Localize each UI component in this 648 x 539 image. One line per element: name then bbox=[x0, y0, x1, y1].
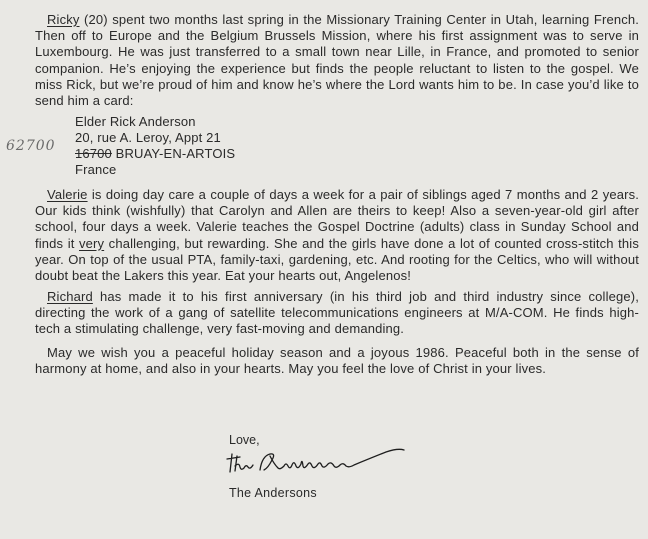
paragraph-valerie: Valerie is doing day care a couple of da… bbox=[35, 187, 639, 284]
address-city: BRUAY-EN-ARTOIS bbox=[112, 146, 235, 161]
address-line-1: Elder Rick Anderson bbox=[75, 114, 235, 130]
handwritten-signature-icon bbox=[226, 446, 416, 476]
signed-name: The Andersons bbox=[229, 486, 317, 500]
name-ricky: Ricky bbox=[47, 12, 80, 27]
letter-page: Ricky (20) spent two months last spring … bbox=[0, 0, 648, 539]
paragraph-richard: Richard has made it to his first anniver… bbox=[35, 289, 639, 338]
name-valerie: Valerie bbox=[47, 187, 88, 202]
struck-postal-code: 16700 bbox=[75, 146, 112, 161]
address-line-3: 16700 BRUAY-EN-ARTOIS bbox=[75, 146, 235, 162]
paragraph-ricky: Ricky (20) spent two months last spring … bbox=[35, 12, 639, 109]
richard-text: has made it to his first anniversary (in… bbox=[35, 289, 639, 336]
emphasis-very: very bbox=[79, 236, 104, 251]
closing-text: May we wish you a peaceful holiday seaso… bbox=[35, 345, 639, 376]
mailing-address: Elder Rick Anderson 20, rue A. Leroy, Ap… bbox=[75, 114, 235, 178]
ricky-text: (20) spent two months last spring in the… bbox=[35, 12, 639, 108]
valerie-text-2: challenging, but rewarding. She and the … bbox=[35, 236, 639, 283]
address-line-2: 20, rue A. Leroy, Appt 21 bbox=[75, 130, 235, 146]
address-country: France bbox=[75, 162, 235, 178]
paragraph-closing: May we wish you a peaceful holiday seaso… bbox=[35, 345, 639, 377]
handwritten-postal-code: 62700 bbox=[6, 138, 56, 154]
name-richard: Richard bbox=[47, 289, 93, 304]
